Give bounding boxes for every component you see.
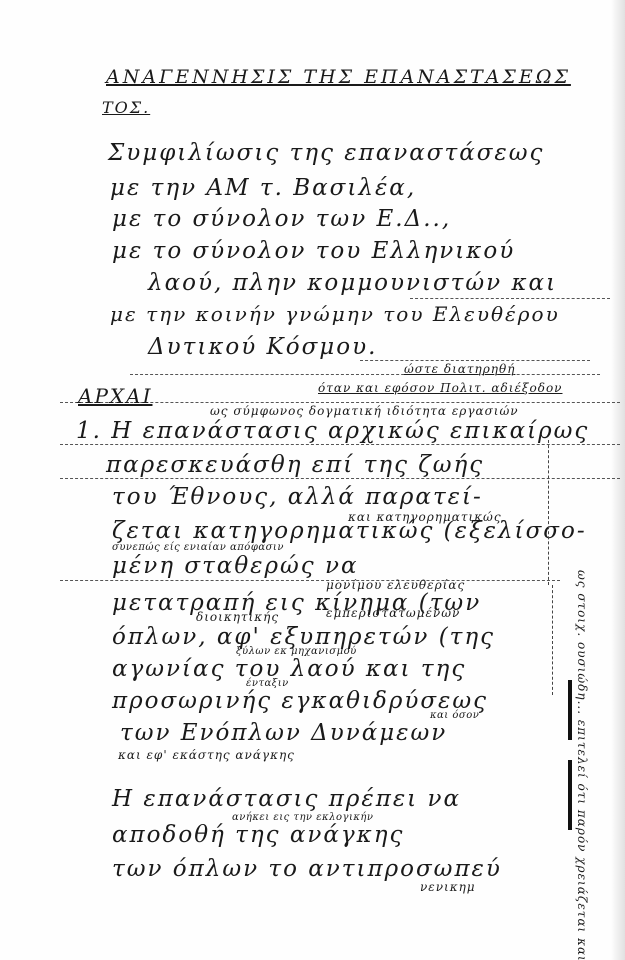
item-1-line: του Έθνους, αλλά παρατεί- [112, 484, 483, 510]
intro-line: με το σύνολον του Ελληνικού [112, 238, 515, 264]
interlinear-note: ώστε διατηρηθή [404, 362, 515, 376]
interlinear-note: συνεπώς είς ενιαίαν απόφασιν [112, 542, 284, 553]
margin-strikeout [568, 680, 572, 740]
dotted-rule [60, 478, 620, 479]
margin-rule [548, 440, 549, 585]
paragraph-2-line: των όπλων το αντιπροσωπεύ [112, 856, 502, 882]
dotted-rule [60, 580, 560, 581]
item-1-line: παρεσκευάσθη επί της ζωής [106, 452, 484, 478]
section-heading: ΑΡΧΑΙ [78, 384, 152, 408]
intro-line: λαού, πλην κομμουνιστών και [148, 270, 557, 296]
dotted-rule [410, 298, 610, 299]
page-edge-shadow [611, 0, 625, 960]
item-1-line: αγωνίας του λαού και της [112, 656, 466, 682]
margin-note-vertical: ως στοιχ. ουσιώδη... επιτελεί ότι παρόν … [575, 570, 589, 910]
intro-line: Δυτικού Κόσμου. [148, 334, 377, 360]
item-1-line: μένη σταθερώς να [112, 553, 359, 579]
item-1-line: 1. Η επανάστασις αρχικώς επικαίρως [76, 418, 589, 444]
item-1-line: ζεται κατηγορηματικώς (εξελίσσο- [112, 518, 587, 544]
interlinear-note: διοικητικής [196, 610, 279, 624]
margin-strikeout [568, 760, 572, 830]
paragraph-2-line: αποδοθή της ανάγκης [112, 822, 404, 848]
intro-line: με την ΑΜ τ. Βασιλέα, [110, 175, 416, 201]
intro-line: με το σύνολον των Ε.Δ.., [112, 206, 451, 232]
interlinear-note: ως σύμφωνος δογματική ιδιότητα εργασιών [210, 404, 519, 418]
interlinear-note: και εφ' εκάστης ανάγκης [118, 748, 295, 762]
paragraph-2-annotation: νενικημ [420, 880, 476, 894]
intro-line: με την κοινήν γνώμην του Ελευθέρου [110, 302, 560, 326]
interlinear-note: όταν και εφόσον Πολιτ. αδιέξοδον [318, 381, 562, 395]
margin-rule [552, 585, 553, 695]
dotted-rule [360, 360, 590, 361]
paragraph-2-line: Η επανάστασις πρέπει να [112, 786, 461, 812]
document-title: ΑΝΑΓΕΝΝΗΣΙΣ ΤΗΣ ΕΠΑΝΑΣΤΑΣΕΩΣ [106, 66, 571, 88]
document-title-continuation: ΤΟΣ. [102, 98, 150, 117]
scanned-page: ΑΝΑΓΕΝΝΗΣΙΣ ΤΗΣ ΕΠΑΝΑΣΤΑΣΕΩΣ ΤΟΣ. Συμφιλ… [0, 0, 625, 960]
intro-line: Συμφιλίωσις της επαναστάσεως [108, 140, 544, 166]
interlinear-note: εμπεριστατωμένων [326, 606, 460, 620]
item-1-line: των Ενόπλων Δυνάμεων [120, 720, 447, 746]
dotted-rule [130, 374, 600, 375]
dotted-rule [60, 444, 620, 445]
